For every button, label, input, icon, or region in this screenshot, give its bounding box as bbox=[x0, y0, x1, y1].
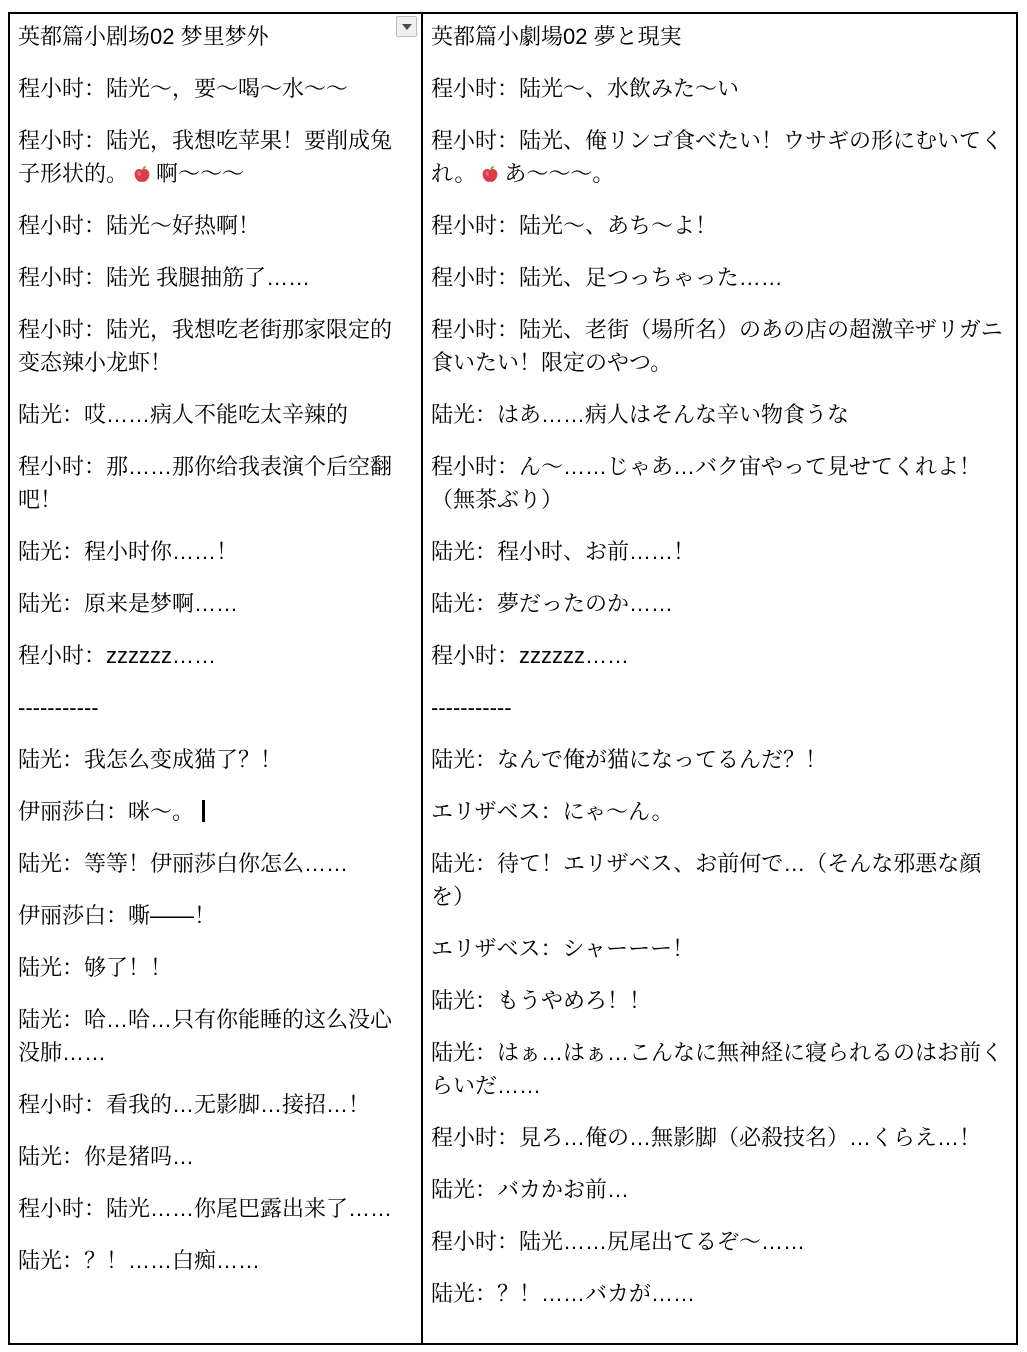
dialogue-text: 程小时：陆光、老街（場所名）のあの店の超激辛ザリガニ食いたい！限定のやつ。 bbox=[431, 317, 1003, 375]
dialogue-text: 陆光：？！……バカが…… bbox=[431, 1281, 695, 1306]
dialogue-text: 陆光：等等！伊丽莎白你怎么…… bbox=[18, 851, 348, 876]
dialogue-text: 陆光：？！……白痴…… bbox=[18, 1248, 260, 1273]
dialogue-line: 陆光：夢だったのか…… bbox=[431, 587, 1008, 620]
dialogue-text: ----------- bbox=[431, 695, 512, 720]
dialogue-line: 陆光：程小时你……！ bbox=[18, 535, 413, 568]
dialogue-line: 陆光：你是猪吗… bbox=[18, 1140, 413, 1173]
dialogue-text: 陆光：你是猪吗… bbox=[18, 1144, 194, 1169]
column-chinese-source[interactable]: 英都篇小剧场02 梦里梦外 程小时：陆光～，要～喝～水～～程小时：陆光，我想吃苹… bbox=[10, 14, 423, 1343]
dialogue-line: 陆光：哈…哈…只有你能睡的这么没心没肺…… bbox=[18, 1003, 413, 1069]
dialogue-text: 程小时：陆光～、あち～よ！ bbox=[431, 213, 717, 238]
cell-dropdown-button[interactable] bbox=[396, 16, 417, 37]
dialogue-line: エリザベス：シャーーー！ bbox=[431, 932, 1008, 965]
dialogue-text: 啊～～～ bbox=[156, 161, 244, 186]
dialogue-text: 程小时：陆光～、水飲みた～い bbox=[431, 76, 739, 101]
dialogue-text: 程小时：陆光～，要～喝～水～～ bbox=[18, 76, 348, 101]
dialogue-line: 程小时：陆光，我想吃老街那家限定的变态辣小龙虾！ bbox=[18, 313, 413, 379]
dialogue-text: 程小时：陆光……尻尾出てるぞ～…… bbox=[431, 1229, 805, 1254]
dialogue-text: 陆光：バカかお前… bbox=[431, 1177, 629, 1202]
dialogue-line: 程小时：陆光，我想吃苹果！要削成兔子形状的。啊～～～ bbox=[18, 124, 413, 190]
dialogue-text: 程小时：陆光……你尾巴露出来了…… bbox=[18, 1196, 392, 1221]
dialogue-line: 陆光：？！……バカが…… bbox=[431, 1277, 1008, 1310]
dialogue-list-japanese: 程小时：陆光～、水飲みた～い程小时：陆光、俺リンゴ食べたい！ウサギの形にむいてく… bbox=[431, 72, 1008, 1310]
dialogue-text: 程小时：見ろ…俺の…無影脚（必殺技名）…くらえ…！ bbox=[431, 1125, 981, 1150]
column-title-chinese: 英都篇小剧场02 梦里梦外 bbox=[18, 20, 413, 53]
dialogue-text: ----------- bbox=[18, 695, 99, 720]
dialogue-text: 伊丽莎白：嘶——！ bbox=[18, 903, 216, 928]
dialogue-line: 陆光：もうやめろ！！ bbox=[431, 984, 1008, 1017]
dialogue-line: 陆光：？！……白痴…… bbox=[18, 1244, 413, 1277]
dialogue-line: 程小时：陆光、俺リンゴ食べたい！ウサギの形にむいてくれ。あ～～～。 bbox=[431, 124, 1008, 190]
dialogue-text: 陆光：我怎么变成猫了？！ bbox=[18, 747, 282, 772]
dialogue-line: ----------- bbox=[18, 691, 413, 724]
dialogue-text: 程小时：陆光 我腿抽筋了…… bbox=[18, 265, 310, 290]
dialogue-line: 陆光：原来是梦啊…… bbox=[18, 587, 413, 620]
dialogue-line: ----------- bbox=[431, 691, 1008, 724]
dialogue-line: 程小时：陆光、足つっちゃった…… bbox=[431, 261, 1008, 294]
dialogue-text: あ～～～。 bbox=[504, 161, 614, 186]
dialogue-list-chinese: 程小时：陆光～，要～喝～水～～程小时：陆光，我想吃苹果！要削成兔子形状的。啊～～… bbox=[18, 72, 413, 1277]
dialogue-text: 陆光：原来是梦啊…… bbox=[18, 591, 238, 616]
dialogue-line: 陆光：等等！伊丽莎白你怎么…… bbox=[18, 847, 413, 880]
dialogue-text: 陆光：はあ……病人はそんな辛い物食うな bbox=[431, 402, 849, 427]
apple-emoji-icon bbox=[131, 163, 153, 185]
dialogue-text: 程小时：看我的…无影脚…接招…！ bbox=[18, 1092, 370, 1117]
dialogue-text: エリザベス：シャーーー！ bbox=[431, 936, 694, 961]
dialogue-text: 陆光：夢だったのか…… bbox=[431, 591, 673, 616]
dialogue-line: 伊丽莎白：嘶——！ bbox=[18, 899, 413, 932]
dialogue-line: 陆光：程小时、お前……！ bbox=[431, 535, 1008, 568]
dialogue-line: 陆光：我怎么变成猫了？！ bbox=[18, 743, 413, 776]
dialogue-text: 程小时：那……那你给我表演个后空翻吧！ bbox=[18, 454, 392, 512]
dialogue-text: 伊丽莎白：咪～。 bbox=[18, 799, 194, 824]
translation-table: 英都篇小剧场02 梦里梦外 程小时：陆光～，要～喝～水～～程小时：陆光，我想吃苹… bbox=[8, 12, 1018, 1345]
dialogue-line: 陆光：はぁ…はぁ…こんなに無神経に寝られるのはお前くらいだ…… bbox=[431, 1036, 1008, 1102]
dialogue-line: 程小时：zzzzzz…… bbox=[431, 639, 1008, 672]
dialogue-line: 程小时：陆光 我腿抽筋了…… bbox=[18, 261, 413, 294]
dialogue-line: 程小时：陆光……你尾巴露出来了…… bbox=[18, 1192, 413, 1225]
dialogue-text: 程小时：ん～……じゃあ…バク宙やって見せてくれよ！（無茶ぶり） bbox=[431, 454, 981, 512]
dialogue-line: 程小时：zzzzzz…… bbox=[18, 639, 413, 672]
dialogue-line: 程小时：ん～……じゃあ…バク宙やって見せてくれよ！（無茶ぶり） bbox=[431, 450, 1008, 516]
dialogue-text: 程小时：zzzzzz…… bbox=[431, 643, 629, 668]
dialogue-line: 程小时：陆光～、水飲みた～い bbox=[431, 72, 1008, 105]
dialogue-line: 程小时：陆光、老街（場所名）のあの店の超激辛ザリガニ食いたい！限定のやつ。 bbox=[431, 313, 1008, 379]
dialogue-text: 陆光：程小时、お前……！ bbox=[431, 539, 695, 564]
column-japanese-translation[interactable]: 英都篇小劇場02 夢と現実 程小时：陆光～、水飲みた～い程小时：陆光、俺リンゴ食… bbox=[423, 14, 1016, 1343]
dialogue-line: 程小时：陆光～，要～喝～水～～ bbox=[18, 72, 413, 105]
dialogue-text: 陆光：哎……病人不能吃太辛辣的 bbox=[18, 402, 348, 427]
dialogue-text: 陆光：程小时你……！ bbox=[18, 539, 238, 564]
chevron-down-icon bbox=[402, 24, 412, 30]
dialogue-text: 陆光：哈…哈…只有你能睡的这么没心没肺…… bbox=[18, 1007, 392, 1065]
dialogue-text: 陆光：なんで俺が猫になってるんだ？！ bbox=[431, 747, 827, 772]
text-cursor bbox=[202, 800, 205, 822]
dialogue-line: 陆光：なんで俺が猫になってるんだ？！ bbox=[431, 743, 1008, 776]
dialogue-text: 陆光：待て！エリザベス、お前何で…（そんな邪悪な顔を） bbox=[431, 851, 981, 909]
dialogue-line: 程小时：陆光～好热啊！ bbox=[18, 209, 413, 242]
dialogue-line: 陆光：哎……病人不能吃太辛辣的 bbox=[18, 398, 413, 431]
dialogue-text: 程小时：陆光～好热啊！ bbox=[18, 213, 260, 238]
dialogue-line: 陆光：バカかお前… bbox=[431, 1173, 1008, 1206]
dialogue-text: エリザベス：にゃ～ん。 bbox=[431, 799, 673, 824]
dialogue-line: 伊丽莎白：咪～。 bbox=[18, 795, 413, 828]
dialogue-text: 程小时：陆光，我想吃老街那家限定的变态辣小龙虾！ bbox=[18, 317, 392, 375]
dialogue-line: 程小时：陆光～、あち～よ！ bbox=[431, 209, 1008, 242]
dialogue-line: 程小时：陆光……尻尾出てるぞ～…… bbox=[431, 1225, 1008, 1258]
dialogue-line: 程小时：看我的…无影脚…接招…！ bbox=[18, 1088, 413, 1121]
dialogue-text: 程小时：zzzzzz…… bbox=[18, 643, 216, 668]
dialogue-text: 陆光：够了！！ bbox=[18, 955, 172, 980]
dialogue-line: 程小时：見ろ…俺の…無影脚（必殺技名）…くらえ…！ bbox=[431, 1121, 1008, 1154]
dialogue-line: 陆光：はあ……病人はそんな辛い物食うな bbox=[431, 398, 1008, 431]
column-title-japanese: 英都篇小劇場02 夢と現実 bbox=[431, 20, 1008, 53]
dialogue-text: 陆光：はぁ…はぁ…こんなに無神経に寝られるのはお前くらいだ…… bbox=[431, 1040, 1003, 1098]
dialogue-text: 陆光：もうやめろ！！ bbox=[431, 988, 651, 1013]
dialogue-line: エリザベス：にゃ～ん。 bbox=[431, 795, 1008, 828]
dialogue-line: 程小时：那……那你给我表演个后空翻吧！ bbox=[18, 450, 413, 516]
apple-emoji-icon bbox=[479, 163, 501, 185]
dialogue-line: 陆光：够了！！ bbox=[18, 951, 413, 984]
dialogue-line: 陆光：待て！エリザベス、お前何で…（そんな邪悪な顔を） bbox=[431, 847, 1008, 913]
dialogue-text: 程小时：陆光、足つっちゃった…… bbox=[431, 265, 783, 290]
